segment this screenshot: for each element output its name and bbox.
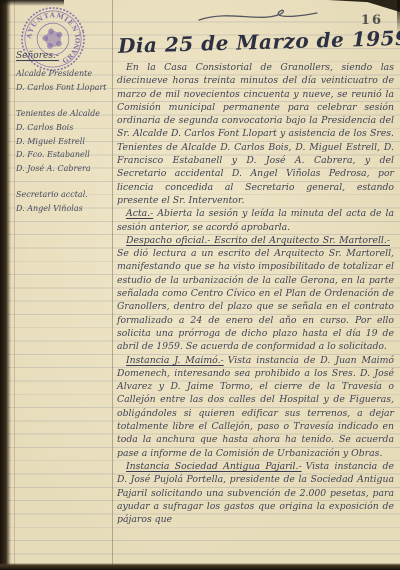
paragraph-text: En la Casa Consistorial de Granollers, s… xyxy=(117,62,394,206)
minute-book-page: AYUNTAMIENTO GRANOLLERS 16 Dia 25 de Mar… xyxy=(0,0,400,570)
paragraph-heading: Despacho oficial.- Escrito del Arquitect… xyxy=(126,235,390,246)
margin-entry: D. José A. Cabrera xyxy=(16,163,110,175)
body-paragraph: Acta.-Abierta la sesión y leída la minut… xyxy=(117,207,394,234)
margin-entry: D. Carlos Bois xyxy=(16,122,110,134)
paragraph-text: Abierta la sesión y leída la minuta del … xyxy=(117,208,394,232)
margin-rule-left xyxy=(14,0,15,570)
paragraph-heading: Instancia Sociedad Antigua Pajaril.- xyxy=(126,461,302,472)
body-paragraph: En la Casa Consistorial de Granollers, s… xyxy=(117,61,394,207)
minutes-body: En la Casa Consistorial de Granollers, s… xyxy=(117,61,394,526)
body-paragraph: Instancia Sociedad Antigua Pajaril.-Vist… xyxy=(117,460,394,526)
ink-flourish xyxy=(195,6,325,28)
body-paragraph: Despacho oficial.- Escrito del Arquitect… xyxy=(117,234,394,354)
page-top-right-edge xyxy=(328,0,400,12)
margin-entry: Secretario acctal. xyxy=(16,189,110,201)
paragraph-text: Vista instancia de D. Juan Maimó Domenec… xyxy=(117,355,394,459)
paragraph-heading: Instancia J. Maimó.- xyxy=(126,355,224,366)
margin-header: Señores.- xyxy=(16,50,110,62)
page-bottom-edge xyxy=(0,563,400,570)
margin-entry: D. Angel Viñolas xyxy=(16,203,110,215)
page-title: Dia 25 de Marzo de 1959 xyxy=(118,26,397,58)
margin-entry: D. Carlos Font Llopart xyxy=(16,82,110,94)
margin-entry: D. Fco. Estabanell xyxy=(16,149,110,161)
margin-entry: Alcalde Presidente xyxy=(16,68,110,80)
paragraph-text: Se dió lectura a un escrito del Arquitec… xyxy=(117,248,394,352)
book-binding-edge xyxy=(0,0,11,570)
paragraph-heading: Acta.- xyxy=(126,208,153,219)
margin-entry: D. Miguel Estrell xyxy=(16,136,110,148)
page-top-left-edge xyxy=(0,0,64,6)
margin-rule-main xyxy=(112,0,113,570)
attendees-list: Alcalde PresidenteD. Carlos Font Llopart… xyxy=(16,68,110,215)
body-paragraph: Instancia J. Maimó.-Vista instancia de D… xyxy=(117,354,394,460)
attendees-margin: Señores.- Alcalde PresidenteD. Carlos Fo… xyxy=(16,50,110,217)
margin-entry: Tenientes de Alcalde xyxy=(16,108,110,120)
